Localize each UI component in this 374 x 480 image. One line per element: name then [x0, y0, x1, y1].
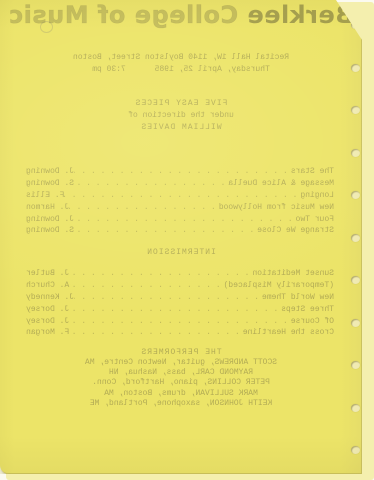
venue-line: Recital Hall 1W, 1140 Boylston Street, B…: [0, 52, 362, 63]
punch-hole: [351, 361, 360, 369]
punch-hole: [351, 234, 360, 242]
dotted-leader: [74, 178, 228, 189]
performers-heading: THE PERFORMERS: [0, 347, 362, 358]
composer-name: A. Church: [26, 280, 69, 291]
intermission-label: INTERMISSION: [0, 247, 362, 258]
date-line: Thursday, April 25, 1985 7:30 pm: [0, 64, 362, 75]
composer-name: F. Ellis: [26, 190, 64, 201]
program-row: Sunset Meditation J. Butler: [26, 268, 334, 280]
piece-title: New World Theme: [262, 292, 334, 303]
dotted-leader: [69, 316, 291, 327]
punch-hole: [351, 64, 360, 72]
program-first-half: The Stars J. Downing Message & Alice Due…: [26, 166, 334, 237]
punch-hole: [351, 106, 360, 114]
program-row: Four Two J. Downing: [26, 214, 334, 226]
college-logo-primary: Berklee: [247, 1, 354, 29]
composer-name: J. Dorsey: [26, 304, 69, 315]
dotted-leader: [69, 268, 252, 279]
program-row: Of Course J. Dorsey: [26, 316, 334, 328]
composer-name: S. Downing: [26, 178, 74, 189]
show-through-text-layer: Berklee College of Music Recital Hall 1W…: [0, 0, 362, 474]
dotted-leader: [69, 280, 223, 291]
performer-line: MARK SULLIVAN, drums, Boston, MA: [0, 389, 362, 399]
punch-hole: [351, 446, 360, 454]
piece-title: Four Two: [296, 214, 334, 225]
punch-hole: [351, 319, 360, 327]
program-row: Message & Alice Duella S. Downing: [26, 178, 334, 190]
dotted-leader: [74, 292, 262, 303]
program-row: The Stars J. Downing: [26, 166, 334, 178]
program-row: Three Steps J. Dorsey: [26, 304, 334, 316]
piece-title: (Temporarily Misplaced): [224, 280, 334, 291]
piece-title: Strange We Close: [257, 225, 334, 236]
director-name: WILLIAM DAVIES: [0, 122, 362, 133]
dotted-leader: [64, 190, 300, 201]
college-logo: Berklee College of Music: [0, 10, 362, 21]
dotted-leader: [69, 327, 243, 338]
performer-line: PETER COLLINS, piano, Hartford, Conn.: [0, 378, 362, 388]
composer-name: J. Kennedy: [26, 292, 74, 303]
composer-name: J. Downing: [26, 214, 74, 225]
composer-name: J. Butler: [26, 268, 69, 279]
punch-hole: [351, 276, 360, 284]
composer-name: S. Downing: [26, 225, 74, 236]
performer-line: SCOTT ANDREWS, guitar, Newton Centre, MA: [0, 358, 362, 368]
dotted-leader: [69, 304, 281, 315]
performers-list: SCOTT ANDREWS, guitar, Newton Centre, MA…: [0, 358, 362, 409]
piece-title: The Stars: [291, 166, 334, 177]
direction-line: under the direction of: [0, 110, 362, 121]
composer-name: J. Downing: [26, 166, 74, 177]
piece-title: Of Course: [291, 316, 334, 327]
program-row: Cross the Heartline F. Morgan: [26, 327, 334, 339]
performer-line: RAYMOND CARL, bass, Nashua, NH: [0, 368, 362, 378]
punch-hole: [351, 191, 360, 199]
composer-name: J. Harmon: [26, 202, 69, 213]
dotted-leader: [74, 214, 296, 225]
paper-page: Berklee College of Music Recital Hall 1W…: [0, 0, 362, 474]
piece-title: New Music from Hollywood: [219, 202, 334, 213]
composer-name: J. Dorsey: [26, 316, 69, 327]
program-row: Longing F. Ellis: [26, 190, 334, 202]
dotted-leader: [74, 225, 257, 236]
performer-line: KEITH JOHNSON, saxophone, Portland, ME: [0, 399, 362, 409]
piece-title: Longing: [300, 190, 334, 201]
piece-title: Cross the Heartline: [243, 327, 334, 338]
piece-title: Three Steps: [281, 304, 334, 315]
piece-title: Message & Alice Duella: [228, 178, 334, 189]
program-row: (Temporarily Misplaced) A. Church: [26, 280, 334, 292]
college-logo-secondary: College of Music: [8, 1, 247, 29]
program-second-half: Sunset Meditation J. Butler (Temporarily…: [26, 268, 334, 339]
composer-name: F. Morgan: [26, 327, 69, 338]
punch-hole: [351, 404, 360, 412]
program-row: New World Theme J. Kennedy: [26, 292, 334, 304]
piece-title: Sunset Meditation: [252, 268, 334, 279]
punch-hole: [351, 149, 360, 157]
dotted-leader: [69, 202, 219, 213]
dotted-leader: [74, 166, 291, 177]
recital-title: FIVE EASY PIECES: [0, 98, 362, 109]
program-row: Strange We Close S. Downing: [26, 225, 334, 237]
program-row: New Music from Hollywood J. Harmon: [26, 202, 334, 214]
